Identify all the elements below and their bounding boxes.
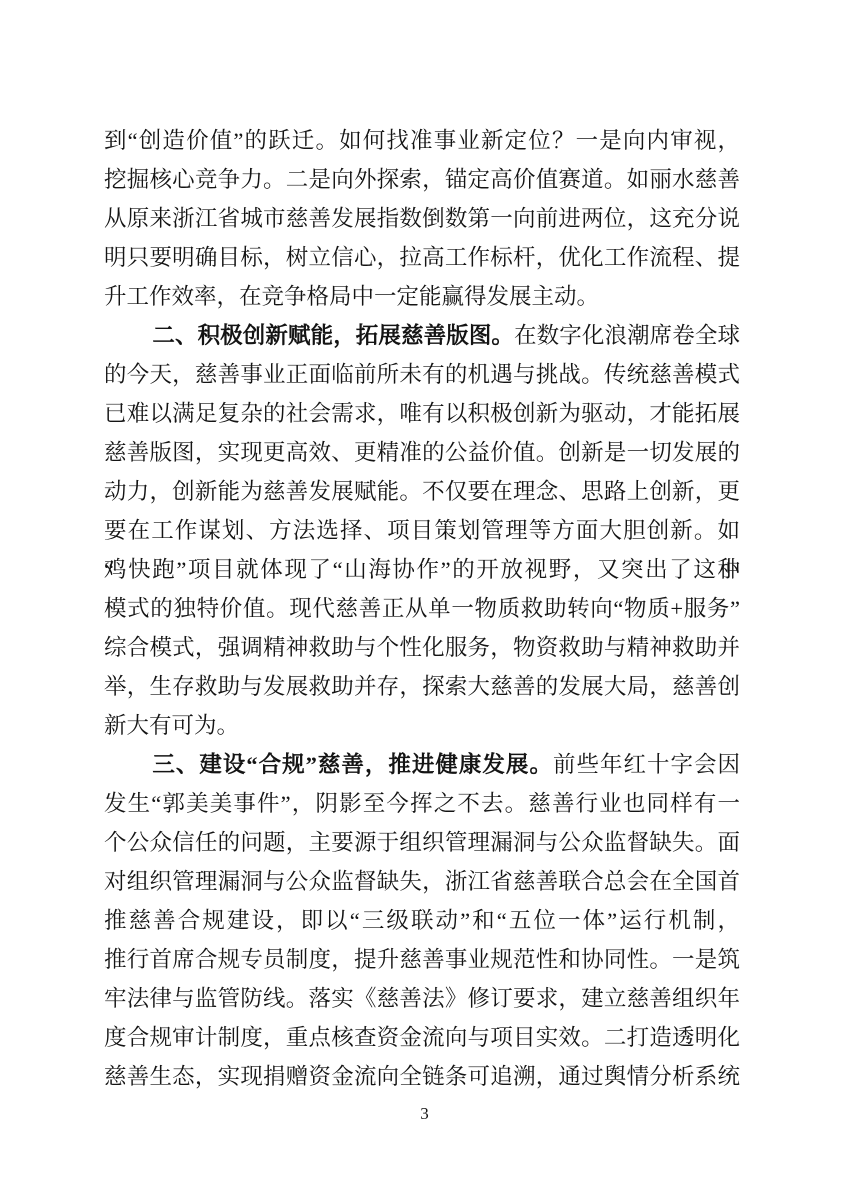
line-text: 从原来浙江省城市慈善发展指数倒数第一向前进两位，这充分说 (104, 206, 740, 231)
line-text: 综合模式，强调精神救助与个性化服务，物资救助与精神救助并 (104, 635, 740, 660)
line-text: 度合规审计制度，重点核查资金流向与项目实效。二打造透明化 (104, 1025, 740, 1050)
line-text: 明只要明确目标，树立信心，拉高工作标杆，优化工作流程、提 (104, 245, 740, 270)
paragraph-first-line: 三、建设“合规”慈善，推进健康发展。前些年红十字会因 (104, 745, 740, 784)
text-body: 到“创造价值”的跃迁。如何找准事业新定位？一是向内审视，挖掘核心竞争力。二是向外… (104, 121, 740, 1096)
text-line: 模式的独特价值。现代慈善正从单一物质救助转向“物质+服务” (104, 589, 740, 628)
line-text: 发生“郭美美事件”，阴影至今挥之不去。慈善行业也同样有一 (104, 791, 740, 816)
line-text: 前些年红十字会因 (553, 752, 740, 777)
line-text: 对组织管理漏洞与公众监督缺失，浙江省慈善联合总会在全国首 (104, 869, 740, 894)
text-line: 鸡快跑”项目就体现了“山海协作”的开放视野，又突出了这种 (104, 550, 740, 589)
text-line: 要在工作谋划、方法选择、项目策划管理等方面大胆创新。如“小 (104, 511, 740, 550)
document-page: 到“创造价值”的跃迁。如何找准事业新定位？一是向内审视，挖掘核心竞争力。二是向外… (0, 0, 849, 1200)
page-number: 3 (0, 1103, 849, 1125)
line-text: 模式的独特价值。现代慈善正从单一物质救助转向“物质+服务” (104, 596, 740, 621)
text-line: 推慈善合规建设，即以“三级联动”和“五位一体”运行机制， (104, 901, 740, 940)
text-line: 已难以满足复杂的社会需求，唯有以积极创新为驱动，才能拓展 (104, 394, 740, 433)
text-line: 到“创造价值”的跃迁。如何找准事业新定位？一是向内审视， (104, 121, 740, 160)
text-line: 举，生存救助与发展救助并存，探索大慈善的发展大局，慈善创 (104, 667, 740, 706)
line-text: 举，生存救助与发展救助并存，探索大慈善的发展大局，慈善创 (104, 674, 740, 699)
text-line: 个公众信任的问题，主要源于组织管理漏洞与公众监督缺失。面 (104, 823, 740, 862)
line-text: 动力，创新能为慈善发展赋能。不仅要在理念、思路上创新，更 (104, 479, 740, 504)
line-text: 慈善生态，实现捐赠资金流向全链条可追溯，通过舆情分析系统 (104, 1064, 740, 1089)
line-text: 升工作效率，在竞争格局中一定能赢得发展主动。 (104, 284, 599, 309)
line-text: 推慈善合规建设，即以“三级联动”和“五位一体”运行机制， (104, 908, 740, 933)
text-line: 综合模式，强调精神救助与个性化服务，物资救助与精神救助并 (104, 628, 740, 667)
line-text: 牢法律与监管防线。落实《慈善法》修订要求，建立慈善组织年 (104, 986, 740, 1011)
text-line: 度合规审计制度，重点核查资金流向与项目实效。二打造透明化 (104, 1018, 740, 1057)
text-line: 动力，创新能为慈善发展赋能。不仅要在理念、思路上创新，更 (104, 472, 740, 511)
text-line: 升工作效率，在竞争格局中一定能赢得发展主动。 (104, 277, 740, 316)
text-line: 慈善版图，实现更高效、更精准的公益价值。创新是一切发展的 (104, 433, 740, 472)
line-text: 个公众信任的问题，主要源于组织管理漏洞与公众监督缺失。面 (104, 830, 740, 855)
text-line: 挖掘核心竞争力。二是向外探索，锚定高价值赛道。如丽水慈善 (104, 160, 740, 199)
text-line: 的今天，慈善事业正面临前所未有的机遇与挑战。传统慈善模式 (104, 355, 740, 394)
line-text: 鸡快跑”项目就体现了“山海协作”的开放视野，又突出了这种 (104, 557, 740, 582)
section-heading-lead: 三、建设“合规”慈善，推进健康发展。 (152, 752, 553, 777)
text-line: 推行首席合规专员制度，提升慈善事业规范性和协同性。一是筑 (104, 940, 740, 979)
text-line: 新大有可为。 (104, 706, 740, 745)
line-text: 到“创造价值”的跃迁。如何找准事业新定位？一是向内审视， (104, 128, 740, 153)
line-text: 在数字化浪潮席卷全球 (514, 323, 740, 348)
text-line: 从原来浙江省城市慈善发展指数倒数第一向前进两位，这充分说 (104, 199, 740, 238)
paragraph-first-line: 二、积极创新赋能，拓展慈善版图。在数字化浪潮席卷全球 (104, 316, 740, 355)
line-text: 的今天，慈善事业正面临前所未有的机遇与挑战。传统慈善模式 (104, 362, 740, 387)
line-text: 新大有可为。 (104, 713, 239, 738)
line-text: 慈善版图，实现更高效、更精准的公益价值。创新是一切发展的 (104, 440, 740, 465)
line-text: 挖掘核心竞争力。二是向外探索，锚定高价值赛道。如丽水慈善 (104, 167, 740, 192)
text-line: 慈善生态，实现捐赠资金流向全链条可追溯，通过舆情分析系统 (104, 1057, 740, 1096)
text-line: 发生“郭美美事件”，阴影至今挥之不去。慈善行业也同样有一 (104, 784, 740, 823)
text-line: 对组织管理漏洞与公众监督缺失，浙江省慈善联合总会在全国首 (104, 862, 740, 901)
text-line: 明只要明确目标，树立信心，拉高工作标杆，优化工作流程、提 (104, 238, 740, 277)
text-line: 牢法律与监管防线。落实《慈善法》修订要求，建立慈善组织年 (104, 979, 740, 1018)
line-text: 已难以满足复杂的社会需求，唯有以积极创新为驱动，才能拓展 (104, 401, 740, 426)
section-heading-lead: 二、积极创新赋能，拓展慈善版图。 (152, 323, 514, 348)
line-text: 推行首席合规专员制度，提升慈善事业规范性和协同性。一是筑 (104, 947, 740, 972)
